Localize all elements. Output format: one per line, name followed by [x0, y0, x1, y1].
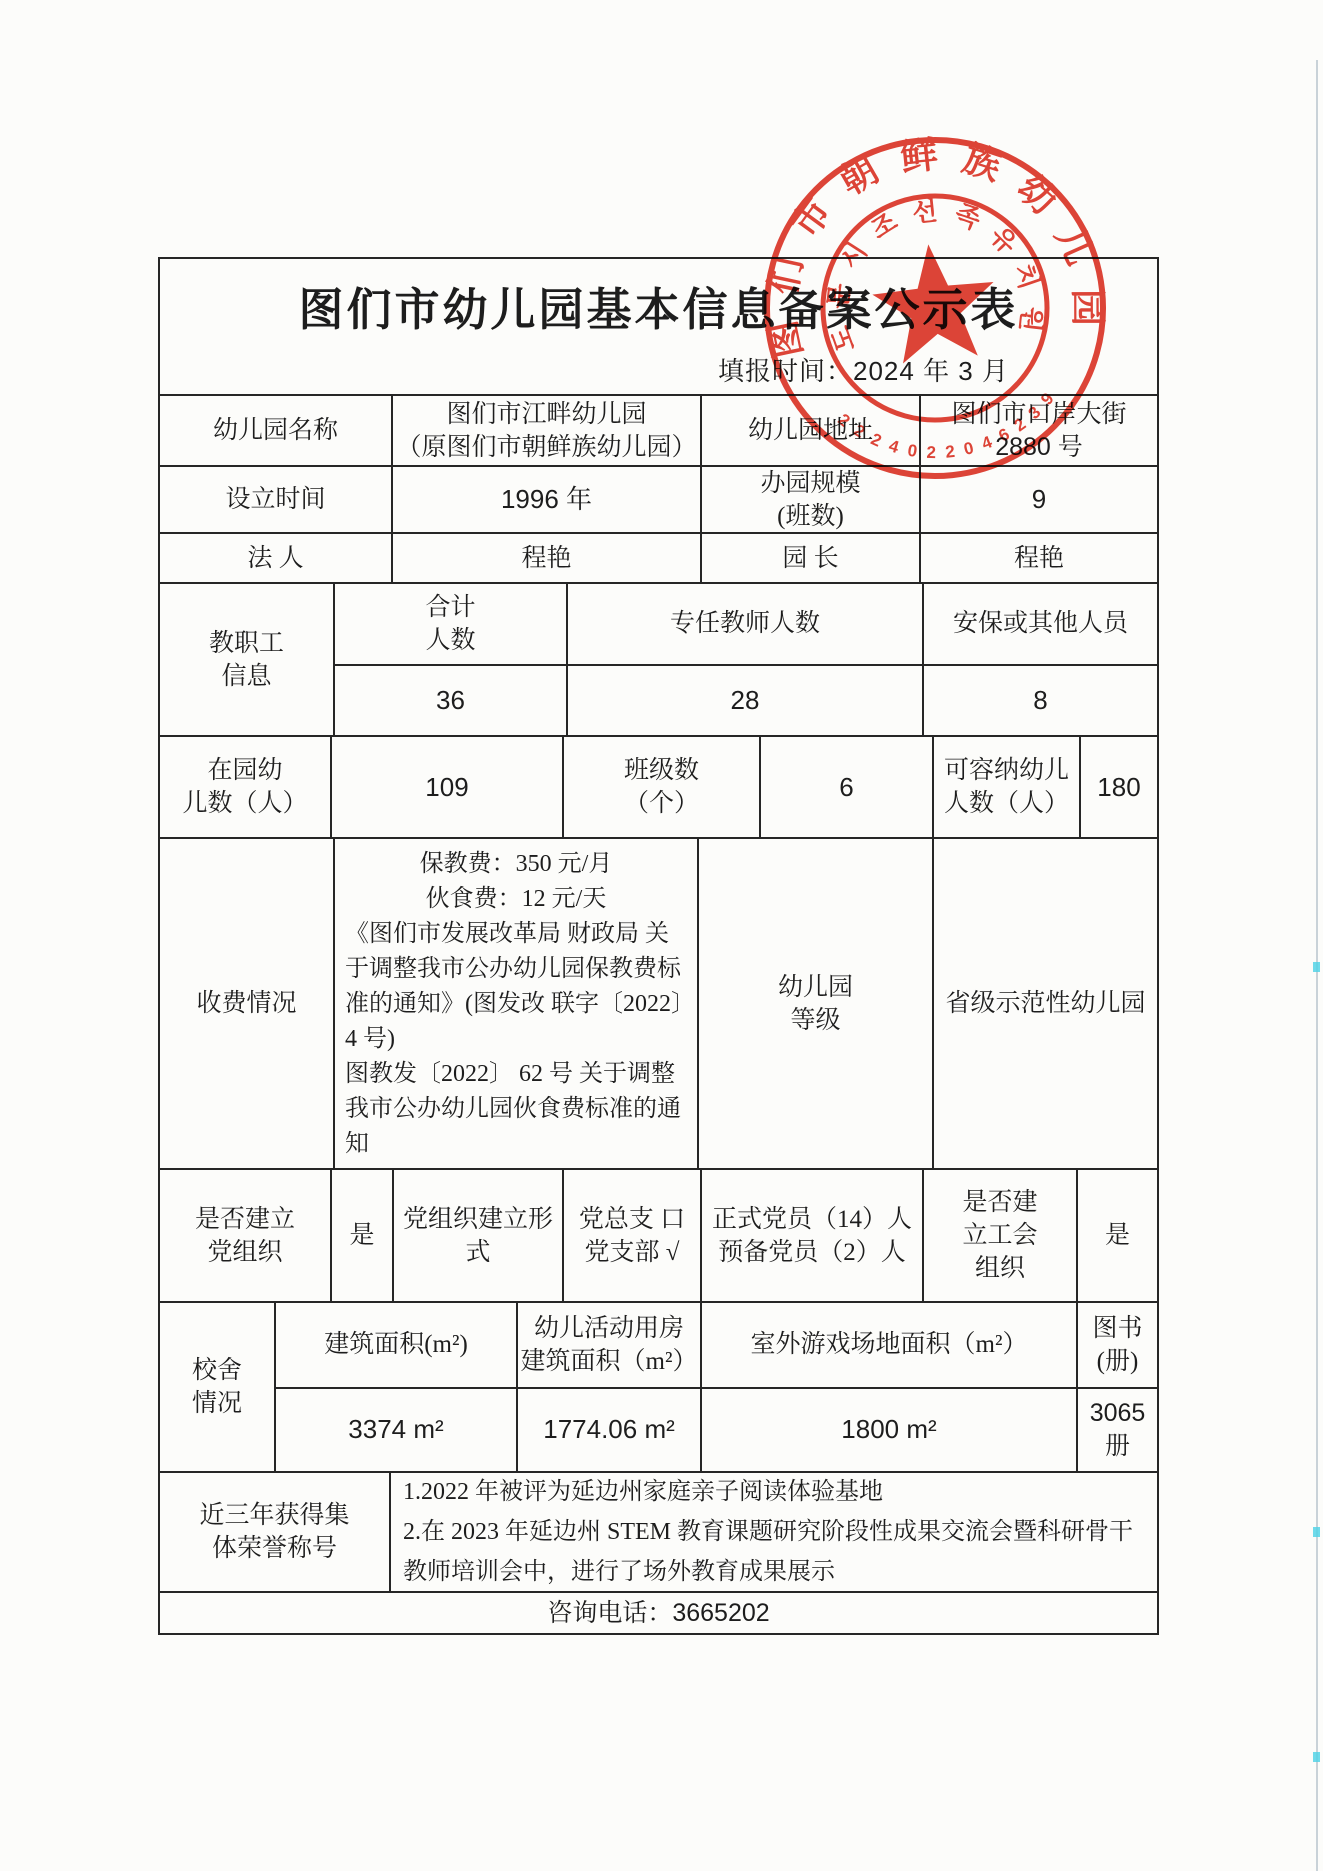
campus-outdoor-value-cell: 1800 m² — [700, 1389, 1076, 1471]
classes-label-cell: 班级数 （个） — [562, 737, 759, 837]
staff-group-line2: 信息 — [221, 660, 271, 693]
staff-security-label-cell: 安保或其他人员 — [922, 584, 1157, 664]
staff-total-label-cell: 合计 人数 — [333, 584, 566, 664]
campus-header-row: 建筑面积(m²) 幼儿活动用房 建筑面积（m²） 室外游戏场地面积（m²） 图书… — [274, 1303, 1157, 1387]
staff-teachers-value-cell: 28 — [566, 666, 922, 735]
campus-label-line1: 校舍 — [192, 1354, 242, 1387]
capacity-value-cell: 180 — [1079, 737, 1157, 837]
campus-books-line1: 图书 — [1092, 1312, 1142, 1345]
principal-value-cell: 程艳 — [919, 534, 1157, 582]
fee-line: 保教费：350 元/月 — [345, 847, 687, 882]
campus-label-line2: 情况 — [192, 1387, 242, 1420]
scanned-document-page: 图们市幼儿园基本信息备案公示表 填报时间：2024 年 3 月 幼儿园名称 图们… — [0, 0, 1323, 1871]
campus-activity-label-cell: 幼儿活动用房 建筑面积（m²） — [516, 1303, 700, 1387]
name-line1: 图们市江畔幼儿园 — [446, 398, 646, 431]
party-built-value-cell: 是 — [330, 1170, 392, 1301]
campus-activity-value-cell: 1774.06 m² — [516, 1389, 700, 1471]
name-label-cell: 幼儿园名称 — [160, 396, 391, 465]
star-icon — [868, 238, 1001, 366]
union-label-cell: 是否建 立工会 组织 — [922, 1170, 1076, 1301]
party-members-line2: 预备党员（2）人 — [718, 1236, 906, 1269]
campus-values-row: 3374 m² 1774.06 m² 1800 m² 3065 册 — [274, 1387, 1157, 1471]
grade-label-cell: 幼儿园 等级 — [697, 839, 932, 1168]
party-branch-cell: 党总支 口 党支部 √ — [562, 1170, 700, 1301]
official-seal: 图们市朝鲜族幼儿园 도문시조선족유치원 2224022046239 — [735, 108, 1135, 508]
party-branch-line1: 党总支 口 — [579, 1203, 685, 1236]
fee-line: 《图们市发展改革局 财政局 关 — [345, 917, 687, 952]
staff-security-value-cell: 8 — [922, 666, 1157, 735]
honor-line: 教师培训会中，进行了场外教育成果展示 — [403, 1552, 835, 1591]
setup-label-cell: 设立时间 — [160, 467, 391, 532]
campus-area-value-cell: 3374 m² — [274, 1389, 516, 1471]
staff-total-line1: 合计 — [425, 591, 475, 624]
scan-edge-tick — [1313, 1752, 1320, 1762]
grade-label-line1: 幼儿园 — [778, 971, 853, 1004]
staff-teachers-label-cell: 专任教师人数 — [566, 584, 922, 664]
fees-detail-cell: 保教费：350 元/月 伙食费：12 元/天 《图们市发展改革局 财政局 关 于… — [333, 839, 697, 1168]
classes-label-line1: 班级数 — [624, 754, 699, 787]
union-label-line1: 是否建 — [962, 1186, 1037, 1219]
fee-line: 4 号) — [345, 1022, 687, 1057]
staff-group-line1: 教职工 — [209, 627, 284, 660]
union-label-line2: 立工会 — [962, 1219, 1037, 1252]
honors-label-line1: 近三年获得集 — [199, 1499, 349, 1532]
row-party: 是否建立 党组织 是 党组织建立形 式 党总支 口 党支部 √ 正式党员（14）… — [160, 1168, 1157, 1301]
scan-edge-tick — [1313, 1527, 1320, 1537]
campus-area-label-cell: 建筑面积(m²) — [274, 1303, 516, 1387]
party-branch-line2: 党支部 √ — [585, 1236, 680, 1269]
name-line2: （原图们市朝鲜族幼儿园） — [396, 431, 696, 464]
hotline-label: 咨询电话： — [547, 1597, 672, 1630]
honor-line: 2.在 2023 年延边州 STEM 教育课题研究阶段性成果交流会暨科研骨干 — [403, 1512, 1133, 1552]
party-members-line1: 正式党员（14）人 — [712, 1203, 912, 1236]
fee-line: 伙食费：12 元/天 — [345, 882, 687, 917]
party-built-label-cell: 是否建立 党组织 — [160, 1170, 330, 1301]
enrolled-label-cell: 在园幼 儿数（人） — [160, 737, 330, 837]
fee-line: 图教发〔2022〕 62 号 关于调整 — [345, 1057, 687, 1092]
campus-activity-line2: 建筑面积（m²） — [521, 1345, 698, 1378]
fee-line: 准的通知》(图发改 联字〔2022〕 — [345, 987, 687, 1022]
row-legal-principal: 法 人 程艳 园 长 程艳 — [160, 532, 1157, 582]
campus-activity-line1: 幼儿活动用房 — [534, 1312, 684, 1345]
enrolled-label-line1: 在园幼 — [207, 754, 282, 787]
campus-books-label-cell: 图书 (册) — [1076, 1303, 1157, 1387]
grade-value-cell: 省级示范性幼儿园 — [932, 839, 1157, 1168]
row-campus: 校舍 情况 建筑面积(m²) 幼儿活动用房 建筑面积（m²） 室外游戏场地面积（… — [160, 1301, 1157, 1471]
party-form-line2: 式 — [465, 1236, 490, 1269]
staff-subtable: 合计 人数 专任教师人数 安保或其他人员 36 28 8 — [333, 584, 1157, 735]
row-hotline: 咨询电话：3665202 — [160, 1591, 1157, 1633]
fee-line: 知 — [345, 1127, 687, 1162]
campus-books-value-cell: 3065 册 — [1076, 1389, 1157, 1471]
classes-value-cell: 6 — [759, 737, 932, 837]
campus-books-value-line1: 3065 — [1090, 1397, 1146, 1430]
setup-value-cell: 1996 年 — [391, 467, 700, 532]
enrolled-label-line2: 儿数（人） — [182, 787, 307, 820]
honors-content-cell: 1.2022 年被评为延边州家庭亲子阅读体验基地 2.在 2023 年延边州 S… — [389, 1473, 1157, 1591]
staff-group-label-cell: 教职工 信息 — [160, 584, 333, 735]
campus-outdoor-label-cell: 室外游戏场地面积（m²） — [700, 1303, 1076, 1387]
staff-header-row: 合计 人数 专任教师人数 安保或其他人员 — [333, 584, 1157, 664]
honors-label-line2: 体荣誉称号 — [212, 1532, 337, 1565]
fees-label-cell: 收费情况 — [160, 839, 333, 1168]
staff-total-value-cell: 36 — [333, 666, 566, 735]
party-built-line2: 党组织 — [207, 1236, 282, 1269]
fee-line: 于调整我市公办幼儿园保教费标 — [345, 952, 687, 987]
principal-label-cell: 园 长 — [700, 534, 919, 582]
party-form-line1: 党组织建立形 — [403, 1203, 553, 1236]
capacity-label-cell: 可容纳幼儿 人数（人） — [932, 737, 1079, 837]
row-children: 在园幼 儿数（人） 109 班级数 （个） 6 可容纳幼儿 人数（人） 180 — [160, 735, 1157, 837]
honor-line: 1.2022 年被评为延边州家庭亲子阅读体验基地 — [403, 1473, 883, 1512]
name-value-cell: 图们市江畔幼儿园 （原图们市朝鲜族幼儿园） — [391, 396, 700, 465]
classes-label-line2: （个） — [624, 787, 699, 820]
hotline-cell: 咨询电话：3665202 — [160, 1593, 1157, 1633]
legal-value-cell: 程艳 — [391, 534, 700, 582]
campus-books-line2: (册) — [1097, 1345, 1139, 1378]
party-members-cell: 正式党员（14）人 预备党员（2）人 — [700, 1170, 922, 1301]
campus-label-cell: 校舍 情况 — [160, 1303, 274, 1471]
capacity-label-line1: 可容纳幼儿 — [944, 754, 1069, 787]
campus-books-value-line2: 册 — [1105, 1430, 1130, 1463]
honors-label-cell: 近三年获得集 体荣誉称号 — [160, 1473, 389, 1591]
enrolled-value-cell: 109 — [330, 737, 562, 837]
row-honors: 近三年获得集 体荣誉称号 1.2022 年被评为延边州家庭亲子阅读体验基地 2.… — [160, 1471, 1157, 1591]
party-form-label-cell: 党组织建立形 式 — [392, 1170, 562, 1301]
hotline-value: 3665202 — [672, 1597, 769, 1630]
staff-values-row: 36 28 8 — [333, 664, 1157, 735]
capacity-label-line2: 人数（人） — [944, 787, 1069, 820]
union-value-cell: 是 — [1076, 1170, 1157, 1301]
row-fees-grade: 收费情况 保教费：350 元/月 伙食费：12 元/天 《图们市发展改革局 财政… — [160, 837, 1157, 1168]
staff-total-line2: 人数 — [425, 624, 475, 657]
campus-subtable: 建筑面积(m²) 幼儿活动用房 建筑面积（m²） 室外游戏场地面积（m²） 图书… — [274, 1303, 1157, 1471]
fee-line: 我市公办幼儿园伙食费标准的通 — [345, 1092, 687, 1127]
union-label-line3: 组织 — [975, 1252, 1025, 1285]
scan-edge-tick — [1313, 962, 1320, 972]
legal-label-cell: 法 人 — [160, 534, 391, 582]
row-staff: 教职工 信息 合计 人数 专任教师人数 安保或其他人员 36 28 8 — [160, 582, 1157, 735]
grade-label-line2: 等级 — [790, 1004, 840, 1037]
party-built-line1: 是否建立 — [195, 1203, 295, 1236]
